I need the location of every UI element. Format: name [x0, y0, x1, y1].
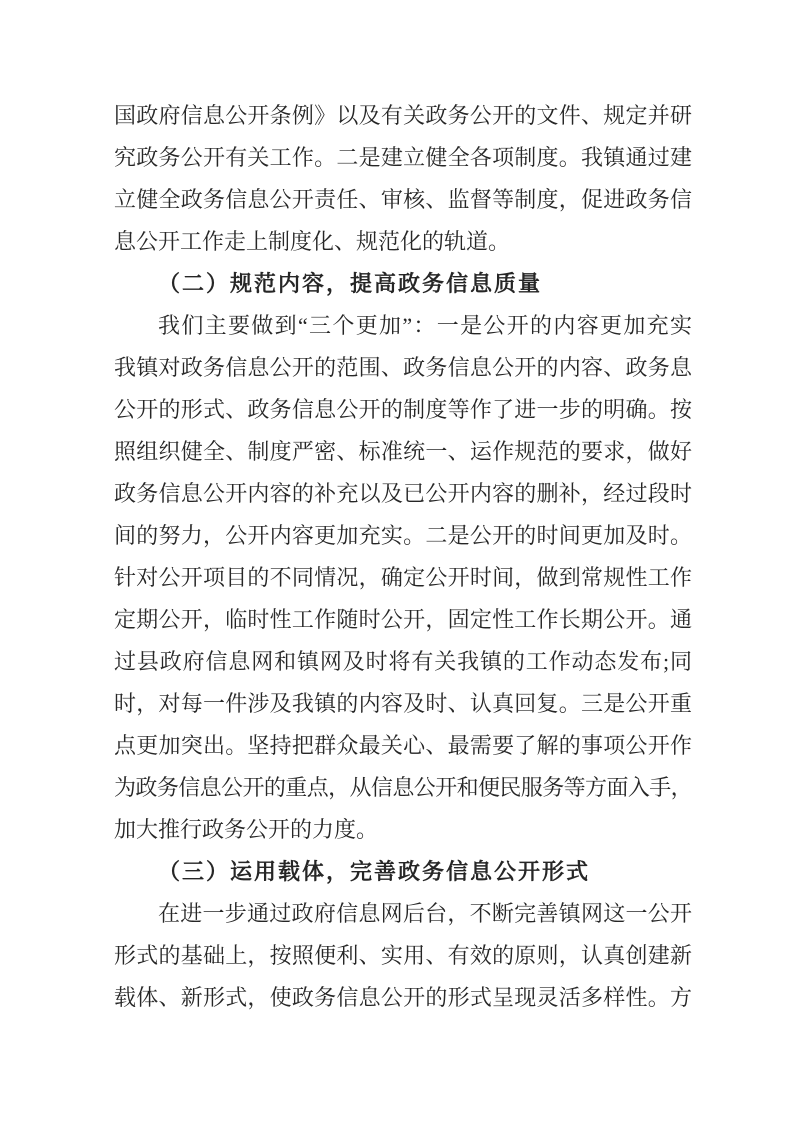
text-line: 形式的基础上，按照便利、实用、有效的原则，认真创建新: [114, 935, 692, 977]
text-line: 究政务公开有关工作。二是建立健全各项制度。我镇通过建: [114, 137, 692, 179]
text-line: 过县政府信息网和镇网及时将有关我镇的工作动态发布;同: [114, 641, 692, 683]
text-line: 间的努力，公开内容更加充实。二是公开的时间更加及时。: [114, 515, 692, 557]
section-heading: （三）运用载体，完善政务信息公开形式: [114, 851, 692, 893]
section-heading: （二）规范内容，提高政务信息质量: [114, 263, 692, 305]
text-line: 照组织健全、制度严密、标准统一、运作规范的要求，做好: [114, 431, 692, 473]
text-line: 为政务信息公开的重点，从信息公开和便民服务等方面入手，: [114, 767, 692, 809]
text-line: 点更加突出。坚持把群众最关心、最需要了解的事项公开作: [114, 725, 692, 767]
text-line: 我们主要做到“三个更加”：一是公开的内容更加充实: [114, 305, 692, 347]
text-line: 加大推行政务公开的力度。: [114, 809, 692, 851]
text-line: 政务信息公开内容的补充以及已公开内容的删补，经过段时: [114, 473, 692, 515]
text-line: 针对公开项目的不同情况，确定公开时间，做到常规性工作: [114, 557, 692, 599]
document-page: 国政府信息公开条例》以及有关政务公开的文件、规定并研究政务公开有关工作。二是建立…: [0, 0, 800, 1130]
text-line: 立健全政务信息公开责任、审核、监督等制度，促进政务信: [114, 179, 692, 221]
text-line: 国政府信息公开条例》以及有关政务公开的文件、规定并研: [114, 95, 692, 137]
text-line: 时，对每一件涉及我镇的内容及时、认真回复。三是公开重: [114, 683, 692, 725]
text-line: 公开的形式、政务信息公开的制度等作了进一步的明确。按: [114, 389, 692, 431]
text-line: 息公开工作走上制度化、规范化的轨道。: [114, 221, 692, 263]
text-line: 我镇对政务信息公开的范围、政务信息公开的内容、政务息: [114, 347, 692, 389]
text-line: 在进一步通过政府信息网后台，不断完善镇网这一公开: [114, 893, 692, 935]
document-body: 国政府信息公开条例》以及有关政务公开的文件、规定并研究政务公开有关工作。二是建立…: [114, 95, 692, 1019]
text-line: 载体、新形式，使政务信息公开的形式呈现灵活多样性。方: [114, 977, 692, 1019]
text-line: 定期公开，临时性工作随时公开，固定性工作长期公开。通: [114, 599, 692, 641]
